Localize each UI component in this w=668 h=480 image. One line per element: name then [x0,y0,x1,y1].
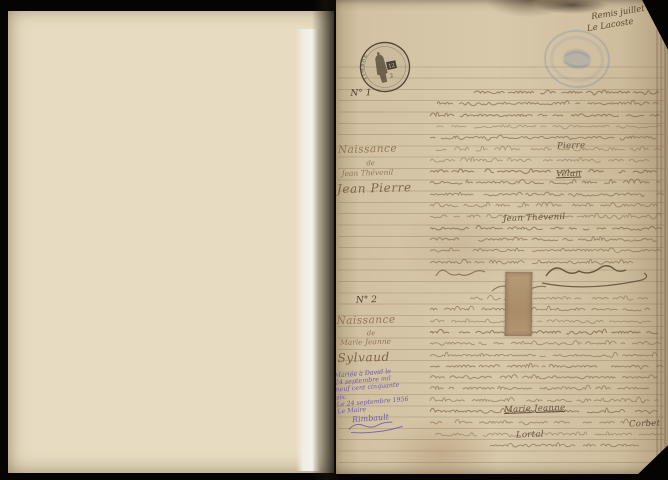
binding-shadow [312,0,338,480]
highlight-word: Corbet [629,418,661,429]
act2-margin: N° 2 Mariée à David le24 septembre milne… [334,292,428,464]
marginal-mention: Mariée à David le24 septembre milneuf ce… [334,366,427,436]
margin-line: Jean Pierre [337,180,412,196]
right-page: 12 2 TIMBRE Remis juilletLe Lacoste N° 1… [336,0,668,474]
margin-line: de [366,159,375,167]
blue-ink-stamp [537,22,617,95]
revenue-stamp: 12 2 TIMBRE [353,35,417,99]
signature-flourish-act1 [430,258,665,300]
highlight-word: Lortal [516,430,544,441]
margin-line: Naissance [336,314,395,328]
highlight-word: Velan [556,169,581,180]
margin-line: Jean Thévenil [341,168,393,178]
margin-line: Sylvaud [337,350,390,365]
tape-repair [505,272,533,336]
margin-line: Naissance [338,143,397,157]
margin-line: de [367,329,376,337]
scanned-register-spread: 12 2 TIMBRE Remis juilletLe Lacoste N° 1… [0,0,668,480]
highlight-word: Pierre [557,141,586,152]
act-number: N° 2 [356,295,377,306]
left-page [8,11,334,473]
manuscript-line [490,437,646,451]
highlight-word: Marie Jeanne [504,403,566,415]
act1-margin: N° 1 NaissancedeJean ThévenilJean Pierre [334,87,427,219]
margin-line: Marie Jeanne [340,337,391,347]
